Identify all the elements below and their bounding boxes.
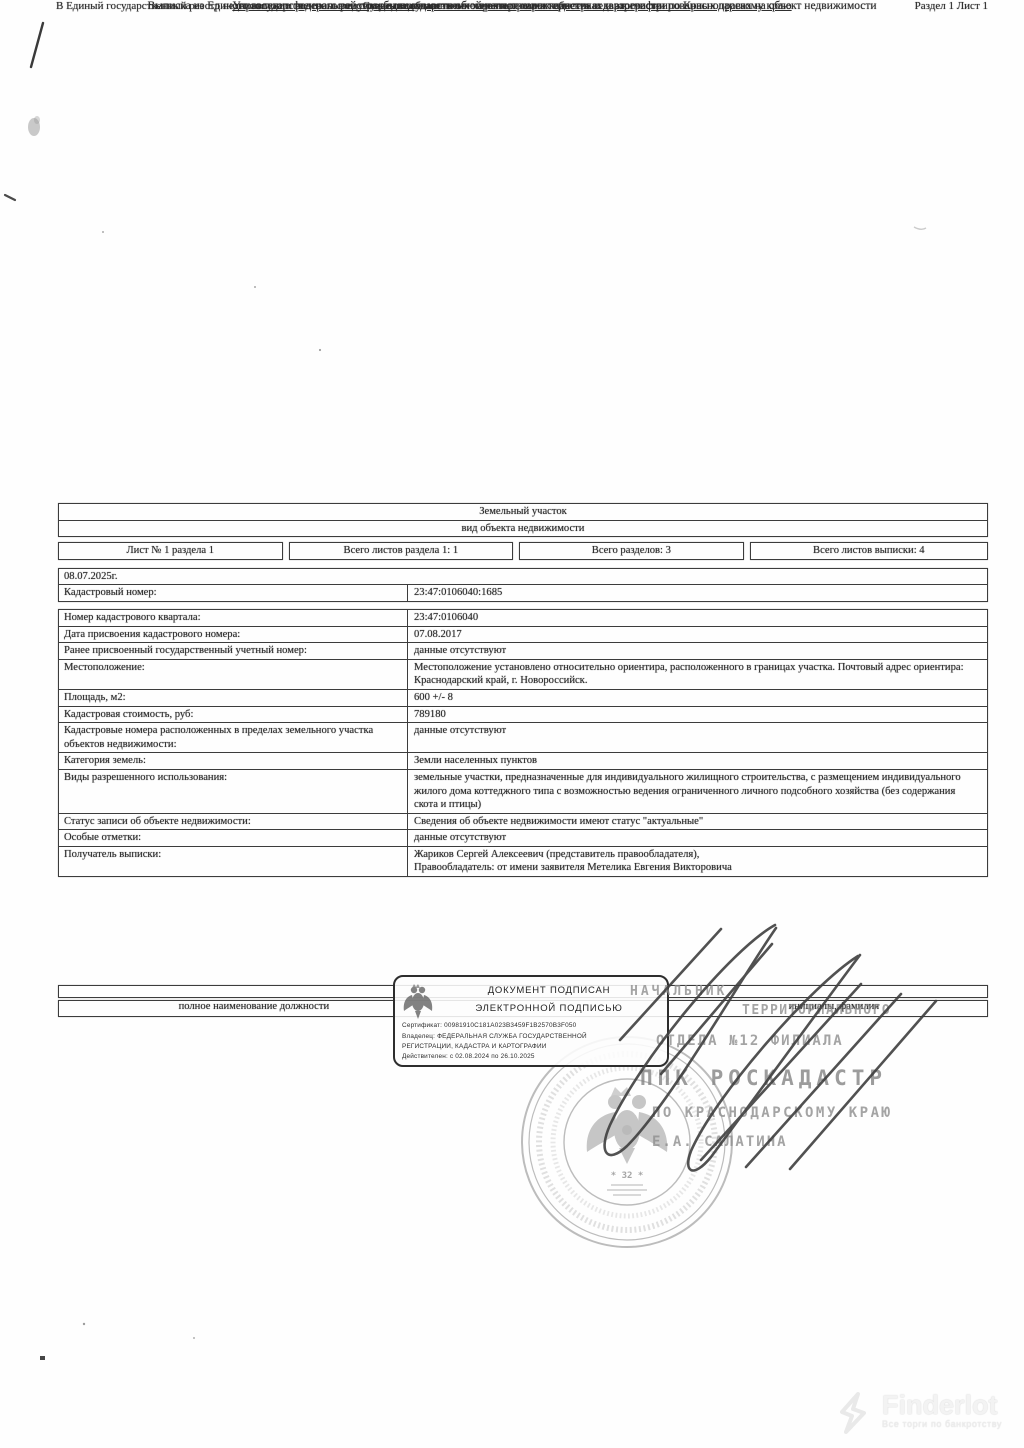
row-value: 23:47:0106040:1685 — [407, 585, 987, 601]
table-row: Ранее присвоенный государственный учетны… — [59, 642, 987, 659]
ink-dash — [5, 195, 15, 200]
finderlot-logo-icon — [838, 1392, 876, 1434]
row-label: Площадь, м2: — [59, 690, 407, 706]
row-value: Сведения об объекте недвижимости имеют с… — [407, 814, 987, 830]
row-value: земельные участки, предназначенные для и… — [407, 770, 987, 813]
table-row: Виды разрешенного использования: земельн… — [59, 769, 987, 813]
table-row: Кадастровый номер: 23:47:0106040:1685 — [59, 584, 987, 601]
extract-date: 08.07.2025г. — [59, 569, 987, 585]
table-row: Получатель выписки: Жариков Сергей Алекс… — [59, 846, 987, 876]
row-value: Земли населенных пунктов — [407, 753, 987, 769]
row-value: данные отсутствуют — [407, 643, 987, 659]
object-type-caption: вид объекта недвижимости — [59, 520, 987, 537]
scanned-egrn-extract-page: Управление федеральной службы государств… — [0, 0, 1024, 1448]
row-value: данные отсутствуют — [407, 723, 987, 752]
smudge-mark — [28, 118, 40, 136]
table-row: Кадастровая стоимость, руб: 789180 — [59, 706, 987, 723]
row-value: Жариков Сергей Алексеевич (представитель… — [407, 847, 987, 876]
row-label: Категория земель: — [59, 753, 407, 769]
sheet-cell: Всего разделов: 3 — [519, 542, 744, 560]
attributes-box: Номер кадастрового квартала: 23:47:01060… — [58, 609, 988, 877]
position-caption: полное наименование должности — [59, 1001, 449, 1016]
intro-line: В Единый государственный реестр недвижим… — [56, 0, 438, 12]
table-row: Категория земель: Земли населенных пункт… — [59, 752, 987, 769]
handwritten-signature — [540, 888, 970, 1193]
row-label: Кадастровая стоимость, руб: — [59, 707, 407, 723]
table-row: Дата присвоения кадастрового номера: 07.… — [59, 626, 987, 643]
object-type-box: Земельный участок вид объекта недвижимос… — [58, 503, 988, 537]
pen-mark — [31, 23, 43, 67]
object-type: Земельный участок — [59, 504, 987, 520]
row-value: 07.08.2017 — [407, 627, 987, 643]
row-label: Виды разрешенного использования: — [59, 770, 407, 813]
watermark-tagline: Все торги по банкротству — [882, 1419, 1002, 1429]
dirt-speck — [40, 1356, 45, 1360]
date-and-cadnum-box: 08.07.2025г. Кадастровый номер: 23:47:01… — [58, 568, 988, 602]
sheet-cell: Всего листов раздела 1: 1 — [289, 542, 514, 560]
table-row: Статус записи об объекте недвижимости: С… — [59, 813, 987, 830]
row-label: Ранее присвоенный государственный учетны… — [59, 643, 407, 659]
row-label: Дата присвоения кадастрового номера: — [59, 627, 407, 643]
sheet-info-row: Лист № 1 раздела 1 Всего листов раздела … — [58, 542, 988, 560]
row-label: Номер кадастрового квартала: — [59, 610, 407, 626]
row-label: Статус записи об объекте недвижимости: — [59, 814, 407, 830]
row-label: Особые отметки: — [59, 830, 407, 846]
table-row: Особые отметки: данные отсутствуют — [59, 829, 987, 846]
finderlot-watermark: Finderlot Все торги по банкротству — [838, 1392, 1002, 1434]
coat-of-arms-icon — [402, 982, 434, 1022]
table-row: Местоположение: Местоположение установле… — [59, 659, 987, 689]
object-info-table: Земельный участок вид объекта недвижимос… — [58, 503, 988, 877]
table-row: Номер кадастрового квартала: 23:47:01060… — [59, 610, 987, 626]
sheet-cell: Всего листов выписки: 4 — [750, 542, 988, 560]
watermark-brand: Finderlot — [882, 1392, 1002, 1418]
row-value: данные отсутствуют — [407, 830, 987, 846]
row-value: Местоположение установлено относительно … — [407, 660, 987, 689]
sheet-cell: Лист № 1 раздела 1 — [58, 542, 283, 560]
section-page-ref: Раздел 1 Лист 1 — [688, 0, 988, 12]
row-value: 789180 — [407, 707, 987, 723]
row-label: Местоположение: — [59, 660, 407, 689]
table-row: Площадь, м2: 600 +/- 8 — [59, 689, 987, 706]
row-value: 600 +/- 8 — [407, 690, 987, 706]
row-value: 23:47:0106040 — [407, 610, 987, 626]
row-label: Кадастровые номера расположенных в преде… — [59, 723, 407, 752]
row-label: Кадастровый номер: — [59, 585, 407, 601]
table-row: Кадастровые номера расположенных в преде… — [59, 722, 987, 752]
row-label: Получатель выписки: — [59, 847, 407, 876]
